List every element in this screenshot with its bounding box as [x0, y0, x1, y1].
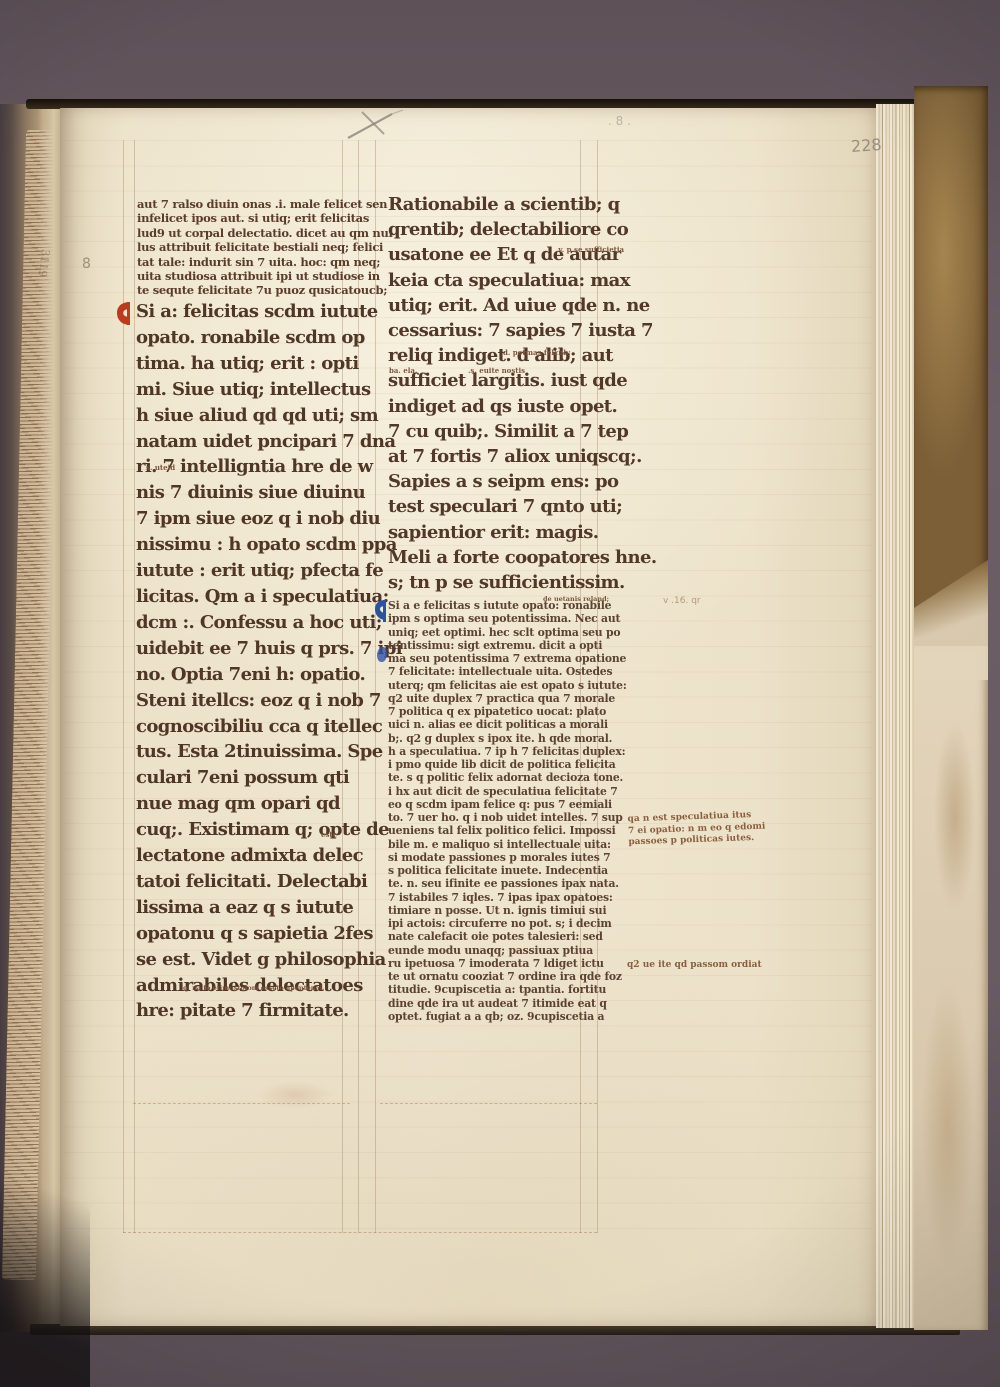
text-line: tus. Esta 2tinuissima. Spe — [136, 739, 402, 765]
text-line: keia cta speculatiua: max — [388, 268, 657, 293]
ruling-line — [134, 140, 135, 1233]
interlinear-gloss: q. na fo etimustolom esseto apentenai. — [183, 984, 324, 992]
text-line: at 7 fortis 7 aliox uniqscq;. — [388, 444, 657, 469]
text-line: uidebit ee 7 huis q prs. 7 ipi — [136, 636, 402, 662]
text-line: hre: pitate 7 firmitate. — [136, 998, 402, 1024]
interlinear-gloss: s. uteid — [146, 463, 175, 472]
text-line: se est. Videt g philosophia — [136, 947, 402, 973]
interlinear-gloss: ba. ela. — [389, 366, 417, 375]
text-line: qrentib; delectabiliore co — [388, 217, 657, 242]
pencil-x-mark — [340, 100, 450, 148]
text-line: q2 uite duplex 7 practica qua 7 morale — [388, 692, 627, 705]
text-line: ri. 7 intelligntia hre de w — [136, 454, 402, 480]
text-line: ipm s optima seu potentissima. Nec aut — [388, 612, 627, 625]
text-line: te. n. seu ifinite ee passiones ipax nat… — [388, 877, 627, 890]
text-line: cognoscibiliu cca q itellec — [136, 714, 402, 740]
text-line: uici n. alias ee dicit politicas a moral… — [388, 718, 627, 731]
text-line: tatoi felicitati. Delectabi — [136, 869, 402, 895]
text-line: optet. fugiat a a qb; oz. 9cupiscetia a — [388, 1010, 627, 1023]
text-line: 7 politica q ex pipatetico uocat: plato — [388, 705, 627, 718]
text-line: 7 felicitate: intellectuale uita. Ostede… — [388, 665, 627, 678]
text-line: tentissimu: sigt extremu. dicit a opti — [388, 639, 627, 652]
fore-edge-leaves — [876, 104, 914, 1328]
text-line: 7 istabiles 7 iqles. 7 ipas ipax opatoes… — [388, 891, 627, 904]
text-line: tima. ha utiq; erit : opti — [136, 351, 402, 377]
text-line: i pmo quide lib dicit de politica felici… — [388, 758, 627, 771]
text-line: ipi actois: circuferre no pot. s; i deci… — [388, 917, 627, 930]
text-line: opatonu q s sapietia 2fes — [136, 921, 402, 947]
text-line: eo q scdm ipam felice q: pus 7 eemiali — [388, 798, 627, 811]
text-line: indiget ad qs iuste opet. — [388, 394, 657, 419]
text-line: to. 7 uer ho. q i nob uidet intelles. 7 … — [388, 811, 627, 824]
text-line: nate calefacit oie potes talesieri: sed — [388, 930, 627, 943]
text-line: lissima a eaz q s iutute — [136, 895, 402, 921]
text-line: licitas. Qm a i speculatiua: — [136, 584, 402, 610]
text-line: cuq;. Existimam q; opte de — [136, 817, 402, 843]
text-line: infelicet ipos aut. si utiq; erit felici… — [137, 211, 393, 225]
text-line: cessarius: 7 sapies 7 iusta 7 — [388, 318, 657, 343]
ruling-dash — [380, 1103, 597, 1104]
text-line: Si a: felicitas scdm iutute — [136, 299, 402, 325]
blue-paraph-icon — [374, 599, 387, 623]
interlinear-gloss: d. potmas felcnb; — [503, 348, 571, 357]
text-line: lectatone admixta delec — [136, 843, 402, 869]
interlinear-gloss: .v. p se sufficietia — [556, 245, 624, 254]
text-line: Steni itellcs: eoz q i nob 7 — [136, 688, 402, 714]
parchment-stain — [240, 1075, 350, 1115]
text-line: tat tale: indurit sin 7 uita. hoc: qm ne… — [137, 255, 393, 269]
text-line: no. Optia 7eni h: opatio. — [136, 662, 402, 688]
text-line: 7 ipm siue eoz q i nob diu — [136, 506, 402, 532]
text-line: natam uidet pncipari 7 dna — [136, 429, 402, 455]
shadow-corner — [0, 1150, 90, 1387]
interlinear-gloss: .s. euite nostis — [468, 366, 525, 375]
text-line: dine qde ira ut audeat 7 itimide eat q — [388, 997, 627, 1010]
text-line: test speculari 7 qnto uti; — [388, 494, 657, 519]
text-line: culari 7eni possum qti — [136, 765, 402, 791]
text-line: aut 7 ralso diuin onas .i. male felicet … — [137, 197, 393, 211]
text-line: titudie. 9cupiscetia a: tpantia. fortitu — [388, 983, 627, 996]
text-line: te. s q politic felix adornat decioza to… — [388, 771, 627, 784]
text-line: h a speculatiua. 7 ip h 7 felicitas dupl… — [388, 745, 627, 758]
text-line: timiare n posse. Ut n. ignis timiui sui — [388, 904, 627, 917]
text-line: b;. q2 g duplex s ipox ite. h qde moral. — [388, 732, 627, 745]
text-line: ru ipetuosa 7 imoderata 7 ldiget ictu — [388, 957, 627, 970]
text-line: Rationabile a scientib; q — [388, 192, 657, 217]
text-line: ma seu potentissima 7 extrema opatione — [388, 652, 627, 665]
text-line: uterq; qm felicitas aie est opato s iutu… — [388, 679, 627, 692]
text-line: utiq; erit. Ad uiue qde n. ne — [388, 293, 657, 318]
margin-note: qa n est speculatiua itus7 ei opatio: n … — [627, 810, 766, 849]
text-line: si modate passiones p morales iutes 7 — [388, 851, 627, 864]
text-line: uniq; eet optimi. hec sclt optima seu po — [388, 626, 627, 639]
damaged-cover-bottom — [914, 646, 988, 1330]
text-line: lus attribuit felicitate bestiali neq; f… — [137, 240, 393, 254]
text-line: s politica felicitate inuete. Indecentia — [388, 864, 627, 877]
damaged-cover-top — [914, 86, 988, 646]
ruling-dash — [123, 1232, 597, 1233]
interlinear-gloss: este — [321, 830, 337, 839]
rubric-paraph-icon — [116, 301, 131, 327]
text-line: uita studiosa attribuit ipi ut studiose … — [137, 269, 393, 283]
text-line: eunde modu unaqq; passiuax ptiua — [388, 944, 627, 957]
text-line: dcm :. Confessu a hoc uti; — [136, 610, 402, 636]
text-line: Meli a forte coopatores hne. — [388, 545, 657, 570]
text-line: nissimu : h opato scdm ppa — [136, 532, 402, 558]
text-line: te ut ornatu cooziat 7 ordine ira qde fo… — [388, 970, 627, 983]
manuscript-photo: 228 . 8 . 8 3119 aut 7 ralso diuin onas … — [0, 0, 1000, 1387]
text-line: ueniens tal felix politico felici. Impos… — [388, 824, 627, 837]
folio-number-pencil: 228 — [850, 135, 882, 156]
text-line: mi. Siue utiq; intellectus — [136, 377, 402, 403]
faint-eight-mark: . 8 . — [608, 114, 631, 128]
text-line: 7 cu quib;. Similit a 7 tep — [388, 419, 657, 444]
text-line: iutute : erit utiq; pfecta fe — [136, 558, 402, 584]
text-line: i hx aut dicit de speculatiua felicitate… — [388, 785, 627, 798]
margin-note: q2 ue ite qd passom ordiat — [627, 960, 762, 972]
left-column-main: Si a: felicitas scdm iututeopato. ronabi… — [136, 299, 402, 1024]
text-line: opato. ronabile scdm op — [136, 325, 402, 351]
text-line: te sequte felicitate 7u puoz qusicatoucb… — [137, 283, 393, 297]
interlinear-gloss: de uetanis reland; — [543, 595, 609, 603]
text-line: nis 7 diuinis siue diuinu — [136, 480, 402, 506]
text-line: nue mag qm opari qd — [136, 791, 402, 817]
text-line: bile m. e maliquo si intellectuale uita: — [388, 838, 627, 851]
text-line: s; tn p se sufficientissim. — [388, 570, 657, 595]
left-column-intro: aut 7 ralso diuin onas .i. male felicet … — [137, 197, 393, 298]
text-line: lud9 ut corpal delectatio. dicet au qm n… — [137, 226, 393, 240]
right-column-commentary: Si a e felicitas s iutute opato: ronabil… — [388, 599, 627, 1023]
margin-reference-mark: v .16. qr — [663, 596, 701, 606]
text-line: sapientior erit: magis. — [388, 520, 657, 545]
text-line: Sapies a s seipm ens: po — [388, 469, 657, 494]
left-margin-number: 8 — [82, 256, 91, 272]
text-line: h siue aliud qd qd uti; sm — [136, 403, 402, 429]
